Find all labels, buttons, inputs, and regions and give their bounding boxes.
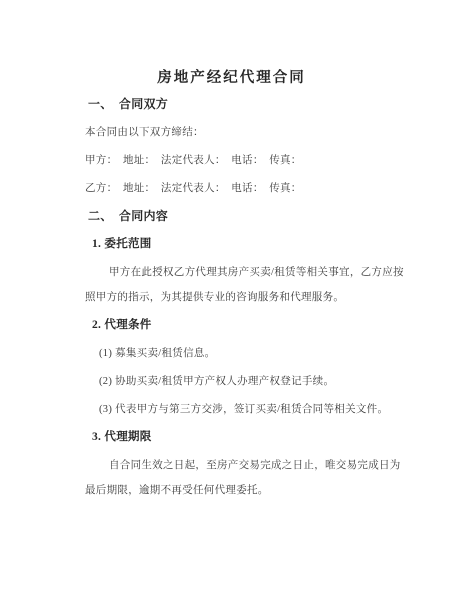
clause-term-paragraph: 自合同生效之日起，至房产交易完成之日止，唯交易完成日为最后期限，逾期不再受任何代… (85, 453, 405, 503)
clause-heading-term: 3. 代理期限 (92, 425, 405, 450)
clause-heading-conditions: 2. 代理条件 (92, 313, 405, 338)
condition-item-2: (2) 协助买卖/租赁甲方产权人办理产权登记手续。 (99, 369, 405, 394)
party-b-fields-line: 乙方： 地址： 法定代表人： 电话： 传真： (85, 176, 405, 201)
condition-item-1: (1) 募集买卖/租赁信息。 (99, 341, 405, 366)
section-heading-content: 二、 合同内容 (88, 204, 405, 229)
section-heading-parties: 一、 合同双方 (88, 92, 405, 117)
document-content: 房地产经纪代理合同 一、 合同双方 本合同由以下双方缔结： 甲方： 地址： 法定… (0, 0, 463, 503)
clause-heading-scope: 1. 委托范围 (92, 232, 405, 257)
condition-item-3: (3) 代表甲方与第三方交涉，签订买卖/租赁合同等相关文件。 (99, 397, 405, 422)
parties-intro-line: 本合同由以下双方缔结： (85, 120, 405, 145)
contract-title: 房地产经纪代理合同 (58, 66, 405, 91)
party-a-fields-line: 甲方： 地址： 法定代表人： 电话： 传真： (85, 148, 405, 173)
contract-document-page: 房地产经纪代理合同 一、 合同双方 本合同由以下双方缔结： 甲方： 地址： 法定… (0, 0, 463, 600)
clause-scope-paragraph: 甲方在此授权乙方代理其房产买卖/租赁等相关事宜，乙方应按照甲方的指示，为其提供专… (85, 260, 405, 310)
